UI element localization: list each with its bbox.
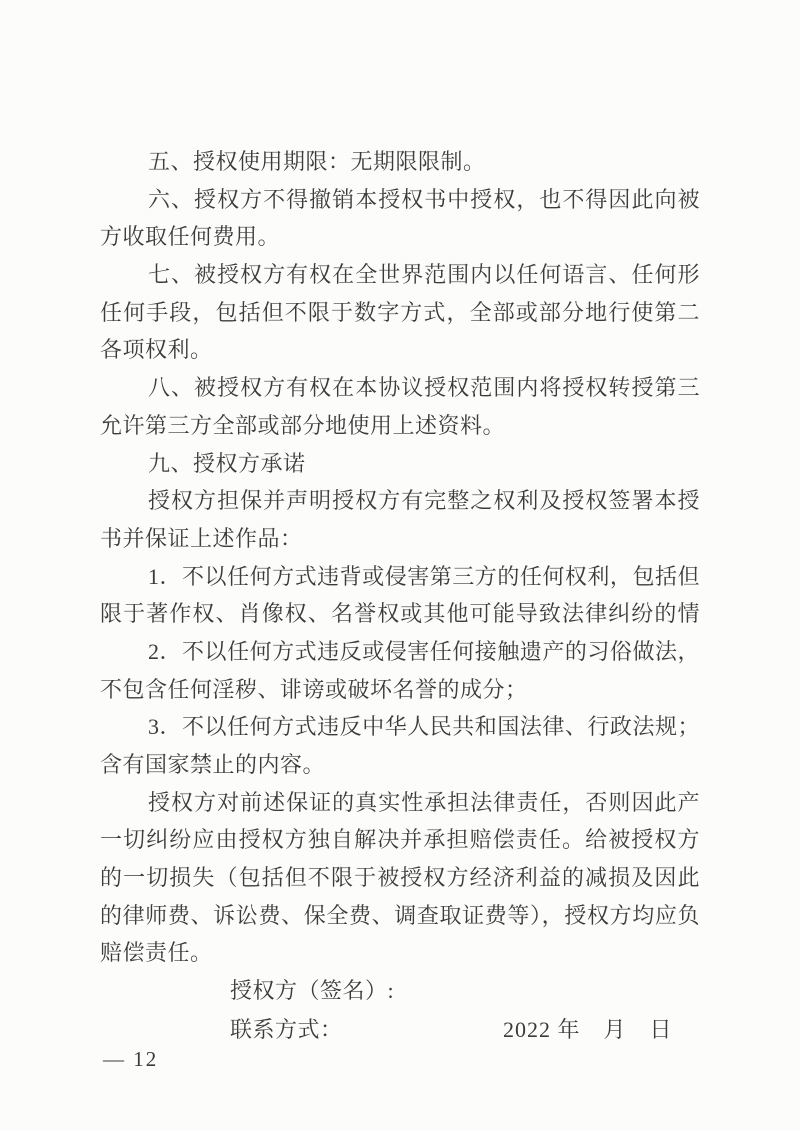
doc-line: 八、被授权方有权在本协议授权范围内将授权转授第三方， [100,369,700,407]
doc-line: 不包含任何淫秽、诽谤或破坏名誉的成分； [100,671,700,709]
doc-line: 允许第三方全部或部分地使用上述资料。 [100,407,700,445]
document-page: 五、授权使用期限：无期限限制。 六、授权方不得撤销本授权书中授权，也不得因此向被… [0,0,800,1131]
doc-line: 任何手段，包括但不限于数字方式，全部或部分地行使第二条中 [100,294,700,332]
doc-line: 2．不以任何方式违反或侵害任何接触遗产的习俗做法，也 [100,633,700,671]
doc-line: 各项权利。 [100,331,700,369]
doc-line: 含有国家禁止的内容。 [100,746,700,784]
signature-sign-label: 授权方（签名）: [230,978,394,1003]
document-body: 五、授权使用期限：无期限限制。 六、授权方不得撤销本授权书中授权，也不得因此向被… [100,143,700,1049]
doc-line: 的律师费、诉讼费、保全费、调查取证费等），授权方均应负责 [100,897,700,935]
doc-line: 授权方担保并声明授权方有完整之权利及授权签署本授权 [100,482,700,520]
doc-line: 七、被授权方有权在全世界范围内以任何语言、任何形式及 [100,256,700,294]
doc-line: 授权方对前述保证的真实性承担法律责任，否则因此产生的 [100,784,700,822]
doc-line: 方收取任何费用。 [100,218,700,256]
doc-line: 一切纠纷应由授权方独自解决并承担赔偿责任。给被授权方造成 [100,821,700,859]
doc-line: 九、授权方承诺 [100,445,700,483]
signature-sign-line: 授权方（签名）: [100,972,700,1011]
footer-page-number: — 12 [103,1044,158,1074]
doc-line: 赔偿责任。 [100,934,700,972]
doc-line: 书并保证上述作品： [100,520,700,558]
signature-contact-label: 联系方式： [230,1017,343,1042]
doc-line: 3．不以任何方式违反中华人民共和国法律、行政法规；不 [100,708,700,746]
signature-contact-line: 联系方式： 2022 年 月 日 [100,1011,700,1050]
doc-line: 六、授权方不得撤销本授权书中授权，也不得因此向被授权 [100,181,700,219]
doc-line: 1．不以任何方式违背或侵害第三方的任何权利，包括但不 [100,558,700,596]
doc-line: 的一切损失（包括但不限于被授权方经济利益的减损及因此支出 [100,859,700,897]
doc-line: 五、授权使用期限：无期限限制。 [100,143,700,181]
doc-line: 限于著作权、肖像权、名誉权或其他可能导致法律纠纷的情形； [100,595,700,633]
signature-date: 2022 年 月 日 [503,1011,673,1050]
